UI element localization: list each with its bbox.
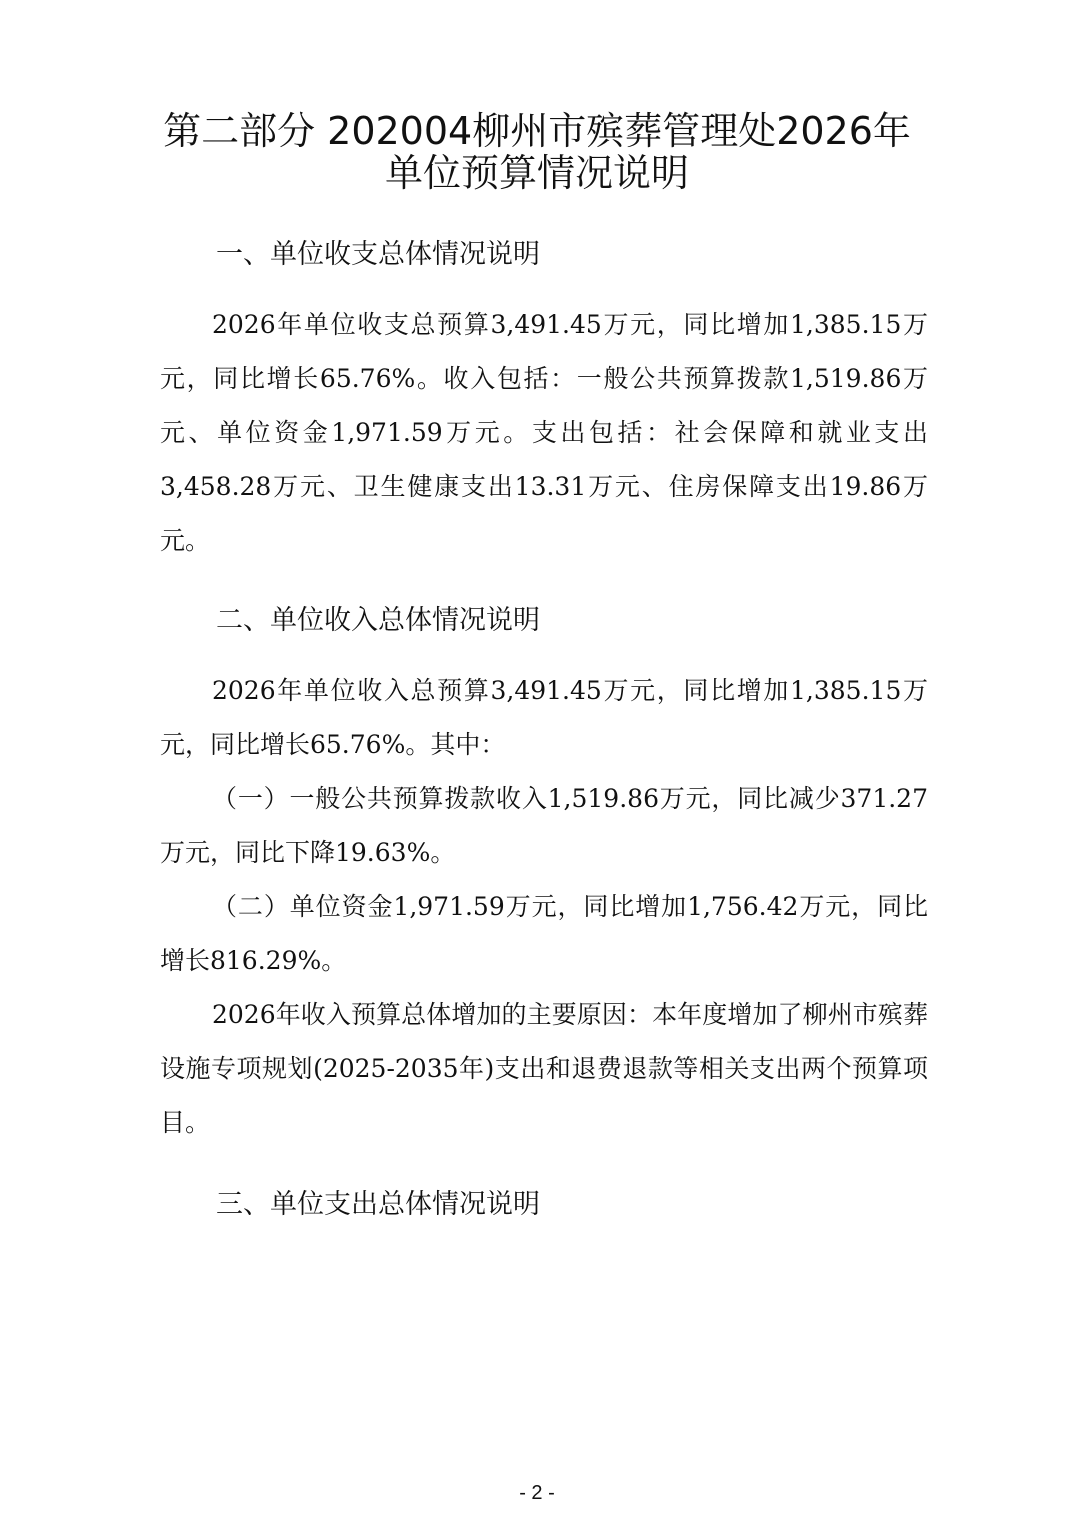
section-2-paragraph-2: （一）一般公共预算拨款收入1,519.86万元，同比减少371.27万元，同比下…	[160, 772, 928, 880]
section-2-paragraph-3: （二）单位资金1,971.59万元，同比增加1,756.42万元，同比增长816…	[160, 880, 928, 988]
section-heading-1: 一、单位收支总体情况说明	[216, 232, 540, 271]
section-heading-2: 二、单位收入总体情况说明	[216, 598, 540, 637]
section-heading-3: 三、单位支出总体情况说明	[216, 1182, 540, 1221]
section-2-paragraph-1: 2026年单位收入总预算3,491.45万元，同比增加1,385.15万元，同比…	[160, 664, 928, 772]
page-title-line-2: 单位预算情况说明	[0, 150, 1074, 196]
section-1-paragraph-1: 2026年单位收支总预算3,491.45万元，同比增加1,385.15万元，同比…	[160, 298, 928, 568]
document-page: 第二部分 202004柳州市殡葬管理处2026年 单位预算情况说明 一、单位收支…	[0, 0, 1074, 1520]
page-number: - 2 -	[0, 1482, 1074, 1505]
section-2-paragraph-4: 2026年收入预算总体增加的主要原因：本年度增加了柳州市殡葬设施专项规划(202…	[160, 988, 928, 1150]
page-title-line-1: 第二部分 202004柳州市殡葬管理处2026年	[0, 108, 1074, 154]
